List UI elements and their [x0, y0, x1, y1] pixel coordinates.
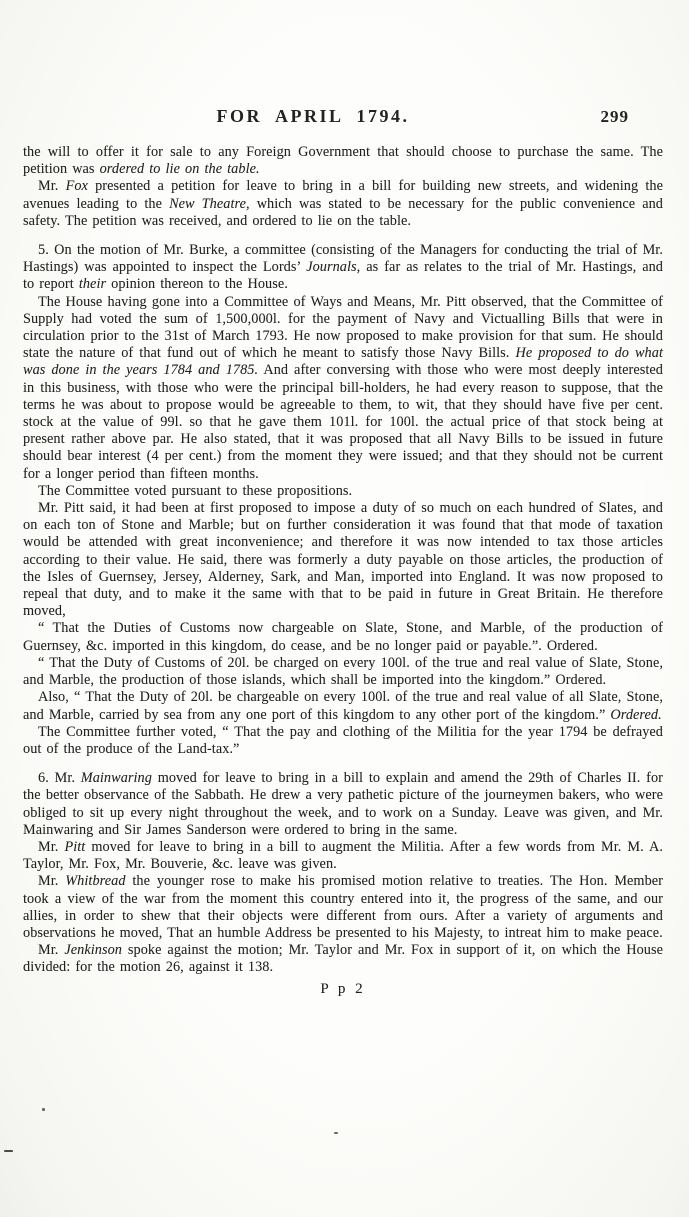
paragraph: Mr. Jenkinson spoke against the motion; …: [23, 942, 663, 976]
paragraph: the will to offer it for sale to any For…: [23, 144, 663, 178]
italic-text: New Theatre: [169, 196, 246, 212]
signature-mark: P p 2: [23, 981, 663, 998]
paragraph: Mr. Whitbread the younger rose to make h…: [23, 873, 663, 942]
page-header-title: FOR APRIL 1794.: [0, 106, 633, 127]
italic-text: Jenkinson: [64, 942, 122, 958]
body-text-segment: The Committee further voted, “ That the …: [23, 724, 663, 757]
italic-text: Whitbread: [65, 873, 125, 889]
paragraph: “ That the Duties of Customs now chargea…: [23, 620, 663, 654]
scan-speck: [4, 1150, 13, 1152]
body-text-segment: Mr. Pitt said, it had been at first prop…: [23, 500, 663, 619]
italic-text: Mainwaring: [81, 770, 152, 786]
body-text-segment: 6. Mr.: [38, 770, 81, 786]
paragraph: “ That the Duty of Customs of 20l. be ch…: [23, 655, 663, 689]
body-text-segment: Mr.: [38, 839, 64, 855]
body-text-segment: The Committee voted pursuant to these pr…: [38, 483, 352, 499]
paragraph: The Committee voted pursuant to these pr…: [23, 483, 663, 500]
italic-text: ordered to lie on the table.: [100, 161, 260, 177]
body-text-segment: “ That the Duties of Customs now chargea…: [23, 620, 663, 653]
italic-text: their: [79, 276, 106, 292]
document-page: FOR APRIL 1794. 299 the will to offer it…: [0, 0, 689, 1217]
body-text-segment: Also, “ That the Duty of 20l. be chargea…: [23, 689, 663, 722]
body-text-segment: Mr.: [38, 178, 66, 194]
scan-speck: [334, 1132, 338, 1134]
paragraph: The House having gone into a Committee o…: [23, 294, 663, 483]
page-content: FOR APRIL 1794. 299 the will to offer it…: [23, 106, 663, 998]
body-text-segment: “ That the Duty of Customs of 20l. be ch…: [23, 655, 663, 688]
paragraph: Mr. Fox presented a petition for leave t…: [23, 178, 663, 230]
paragraph: 6. Mr. Mainwaring moved for leave to bri…: [23, 770, 663, 839]
body-text-segment: opinion thereon to the House.: [106, 276, 288, 292]
body-text-segment: moved for leave to bring in a bill to au…: [23, 839, 663, 872]
body-text-segment: Mr.: [38, 873, 65, 889]
scan-speck: [42, 1108, 45, 1111]
page-header: FOR APRIL 1794. 299: [23, 106, 663, 134]
paragraph: Also, “ That the Duty of 20l. be chargea…: [23, 689, 663, 723]
paragraph: The Committee further voted, “ That the …: [23, 724, 663, 758]
paragraph: 5. On the motion of Mr. Burke, a committ…: [23, 242, 663, 294]
paragraph: Mr. Pitt moved for leave to bring in a b…: [23, 839, 663, 873]
page-number: 299: [601, 107, 630, 127]
italic-text: Ordered.: [610, 707, 661, 723]
italic-text: Pitt: [64, 839, 85, 855]
italic-text: Journals: [306, 259, 356, 275]
italic-text: Fox: [66, 178, 88, 194]
body-text-segment: Mr.: [38, 942, 64, 958]
body-text-segment: And after conversing with those who were…: [23, 362, 663, 481]
page-body: the will to offer it for sale to any For…: [23, 144, 663, 977]
paragraph: Mr. Pitt said, it had been at first prop…: [23, 500, 663, 620]
